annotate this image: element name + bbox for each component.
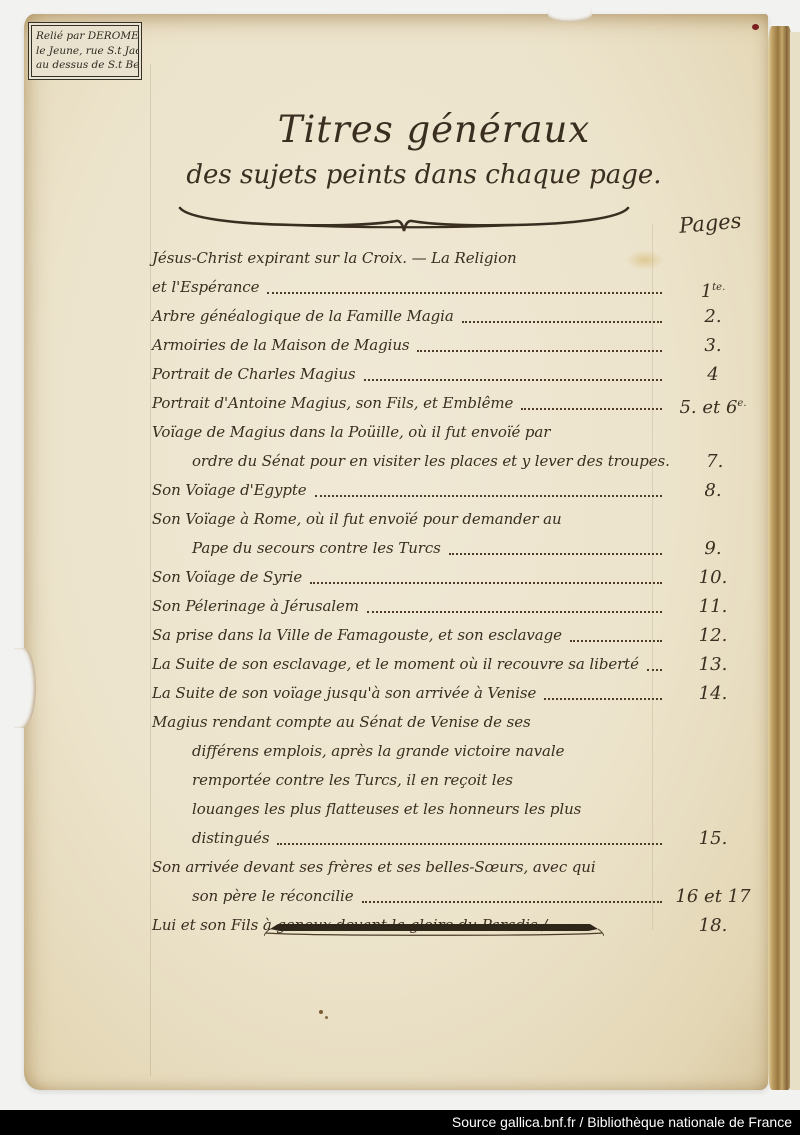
toc-entry-line: Pape du secours contre les Turcs9.: [152, 534, 758, 563]
page-number: 12.: [668, 621, 758, 650]
entry-text: Sa prise dans la Ville de Famagouste, et…: [152, 621, 562, 650]
toc-entry-line: La Suite de son voïage jusqu'à son arriv…: [152, 679, 758, 708]
entry-text: Magius rendant compte au Sénat de Venise…: [152, 708, 531, 737]
toc-entry: Armoiries de la Maison de Magius3.: [152, 331, 758, 360]
toc-entry: Arbre généalogique de la Famille Magia2.: [152, 302, 758, 331]
toc-entry: La Suite de son esclavage, et le moment …: [152, 650, 758, 679]
page-number: 5. et 6e.: [668, 389, 758, 418]
toc-entry-line: Portrait de Charles Magius4: [152, 360, 758, 389]
toc-entry-line: Arbre généalogique de la Famille Magia2.: [152, 302, 758, 331]
toc-entry-line: son père le réconcilie16 et 17: [152, 882, 758, 911]
entry-text: Son arrivée devant ses frères et ses bel…: [152, 853, 596, 882]
toc-entry: Son Voïage à Rome, où il fut envoïé pour…: [152, 505, 758, 563]
entry-text: Jésus-Christ expirant sur la Croix. — La…: [152, 244, 517, 273]
closing-rule-ornament: [264, 920, 604, 942]
entry-text: ordre du Sénat pour en visiter les place…: [152, 447, 670, 476]
source-attribution-bar: Source gallica.bnf.fr / Bibliothèque nat…: [0, 1110, 800, 1135]
entry-text: Pape du secours contre les Turcs: [152, 534, 441, 563]
toc-entry: Son arrivée devant ses frères et ses bel…: [152, 853, 758, 911]
toc-entry-line: remportée contre les Turcs, il en reçoit…: [152, 766, 758, 795]
entry-text: Son Voïage de Syrie: [152, 563, 302, 592]
page-number: 15.: [668, 824, 758, 853]
left-fold-crease: [150, 64, 151, 1076]
toc-entry-line: Jésus-Christ expirant sur la Croix. — La…: [152, 244, 758, 273]
binding-mark: [752, 24, 759, 30]
toc-entry-line: Voïage de Magius dans la Poüille, où il …: [152, 418, 758, 447]
toc-entry: Sa prise dans la Ville de Famagouste, et…: [152, 621, 758, 650]
page-number: 13.: [668, 650, 758, 679]
dot-leader: [521, 408, 662, 410]
dot-leader: [462, 321, 662, 323]
entry-text: Son Pélerinage à Jérusalem: [152, 592, 359, 621]
page-number: 2.: [668, 302, 758, 331]
toc-entry-line: Sa prise dans la Ville de Famagouste, et…: [152, 621, 758, 650]
entry-text: son père le réconcilie: [152, 882, 354, 911]
page-number-superscript: e.: [737, 398, 746, 409]
binder-label-line2: le Jeune, rue S.t Jacques: [36, 44, 134, 59]
entry-text: Son Voïage d'Egypte: [152, 476, 307, 505]
table-of-contents: Jésus-Christ expirant sur la Croix. — La…: [152, 244, 758, 940]
toc-entry-line: Son Voïage à Rome, où il fut envoïé pour…: [152, 505, 758, 534]
entry-text: La Suite de son voïage jusqu'à son arriv…: [152, 679, 536, 708]
toc-entry-line: Son Voïage de Syrie10.: [152, 563, 758, 592]
dot-leader: [647, 669, 662, 671]
page-number: 11.: [668, 592, 758, 621]
toc-entry-line: Portrait d'Antoine Magius, son Fils, et …: [152, 389, 758, 418]
dot-leader: [267, 292, 662, 294]
binder-label-line1: Relié par DEROME: [36, 29, 134, 44]
page-number: 4: [668, 360, 758, 389]
toc-entry: Portrait de Charles Magius4: [152, 360, 758, 389]
page-number: 9.: [668, 534, 758, 563]
entry-text: distingués: [152, 824, 269, 853]
toc-entry: Jésus-Christ expirant sur la Croix. — La…: [152, 244, 758, 302]
dot-leader: [315, 495, 662, 497]
entry-text: différens emplois, après la grande victo…: [152, 737, 564, 766]
adjacent-page-edge: [790, 32, 800, 1090]
entry-text: louanges les plus flatteuses et les honn…: [152, 795, 581, 824]
toc-entry-line: louanges les plus flatteuses et les honn…: [152, 795, 758, 824]
binder-label-text: Relié par DEROME le Jeune, rue S.t Jacqu…: [31, 25, 139, 77]
toc-entry-line: Armoiries de la Maison de Magius3.: [152, 331, 758, 360]
binder-label: Relié par DEROME le Jeune, rue S.t Jacqu…: [28, 22, 142, 80]
toc-entry: Voïage de Magius dans la Poüille, où il …: [152, 418, 758, 476]
toc-entry-line: ordre du Sénat pour en visiter les place…: [152, 447, 758, 476]
toc-entry: Son Pélerinage à Jérusalem11.: [152, 592, 758, 621]
dot-leader: [367, 611, 662, 613]
page-number: 10.: [668, 563, 758, 592]
page-number: 18.: [668, 911, 758, 940]
toc-entry-line: La Suite de son esclavage, et le moment …: [152, 650, 758, 679]
toc-entry: Son Voïage d'Egypte8.: [152, 476, 758, 505]
entry-text: Son Voïage à Rome, où il fut envoïé pour…: [152, 505, 562, 534]
entry-text: La Suite de son esclavage, et le moment …: [152, 650, 639, 679]
page-number: 1te.: [668, 273, 758, 302]
dot-leader: [277, 843, 662, 845]
book-fore-edge: [768, 26, 792, 1090]
toc-entry-line: Son Voïage d'Egypte8.: [152, 476, 758, 505]
toc-entry: Magius rendant compte au Sénat de Venise…: [152, 708, 758, 853]
entry-text: Voïage de Magius dans la Poüille, où il …: [152, 418, 550, 447]
ink-spot: [325, 1016, 328, 1019]
toc-entry-line: différens emplois, après la grande victo…: [152, 737, 758, 766]
toc-entry: Son Voïage de Syrie10.: [152, 563, 758, 592]
page-number: 3.: [668, 331, 758, 360]
page-number: 14.: [668, 679, 758, 708]
entry-text: et l'Espérance: [152, 273, 259, 302]
dot-leader: [449, 553, 662, 555]
page-subtitle: des sujets peints dans chaque page.: [144, 160, 704, 190]
toc-entry-line: et l'Espérance1te.: [152, 273, 758, 302]
toc-entry-line: Magius rendant compte au Sénat de Venise…: [152, 708, 758, 737]
page-number: 16 et 17: [668, 882, 758, 911]
toc-entry: Portrait d'Antoine Magius, son Fils, et …: [152, 389, 758, 418]
entry-text: remportée contre les Turcs, il en reçoit…: [152, 766, 513, 795]
entry-text: Armoiries de la Maison de Magius: [152, 331, 409, 360]
title-flourish-ornament: [174, 204, 634, 234]
toc-entry-line: Son arrivée devant ses frères et ses bel…: [152, 853, 758, 882]
dot-leader: [417, 350, 662, 352]
page-title: Titres généraux: [184, 108, 684, 151]
dot-leader: [362, 901, 662, 903]
toc-entry: La Suite de son voïage jusqu'à son arriv…: [152, 679, 758, 708]
dot-leader: [544, 698, 662, 700]
dot-leader: [310, 582, 662, 584]
entry-text: Portrait de Charles Magius: [152, 360, 356, 389]
page-number: 7.: [670, 447, 760, 476]
dot-leader: [570, 640, 662, 642]
binder-label-line3: au dessus de S.t Benoit.: [36, 58, 134, 73]
ink-spot: [319, 1010, 323, 1014]
dot-leader: [364, 379, 662, 381]
toc-entry-line: Son Pélerinage à Jérusalem11.: [152, 592, 758, 621]
page-number: 8.: [668, 476, 758, 505]
entry-text: Arbre généalogique de la Famille Magia: [152, 302, 454, 331]
entry-text: Portrait d'Antoine Magius, son Fils, et …: [152, 389, 513, 418]
page-number-superscript: te.: [712, 282, 725, 293]
toc-entry-line: distingués15.: [152, 824, 758, 853]
